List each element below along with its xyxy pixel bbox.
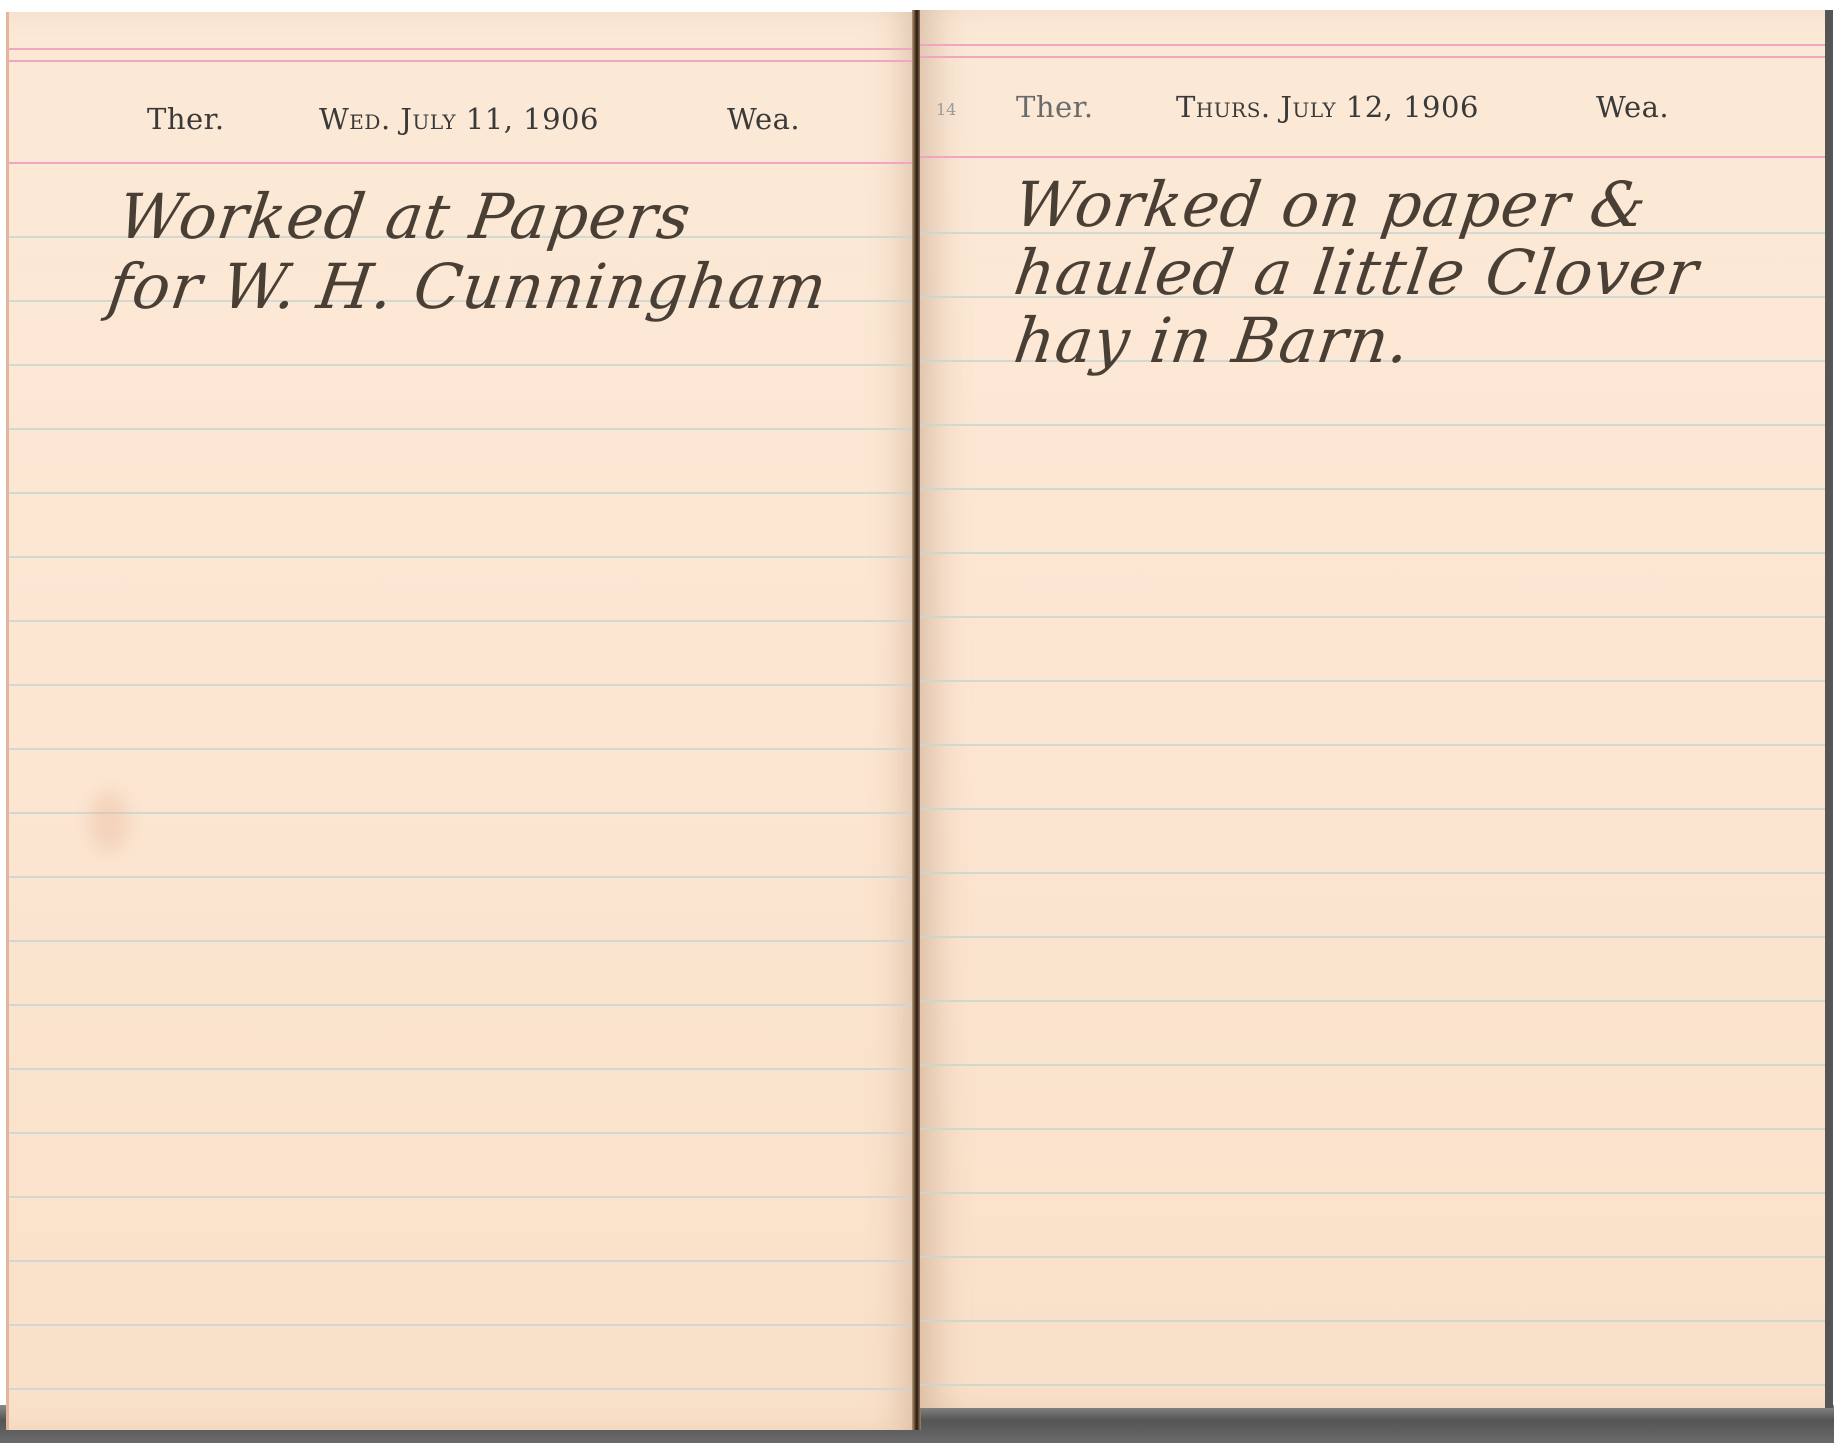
- right-page: 14 Ther. Thurs. July 12, 1906 Wea. Worke…: [920, 10, 1833, 1408]
- ruled-line: [920, 1256, 1825, 1258]
- ruled-line: [920, 808, 1825, 810]
- ruled-line: [920, 1320, 1825, 1322]
- ruled-line: [9, 1196, 919, 1198]
- ruled-line: [9, 1260, 919, 1262]
- ther-label: Ther.: [147, 102, 225, 136]
- ruled-line: [920, 424, 1825, 426]
- ther-label: Ther.: [1016, 90, 1094, 124]
- ruled-line: [9, 748, 919, 750]
- date-day: Wed.: [319, 102, 391, 136]
- ruled-line: [9, 1004, 919, 1006]
- ruled-line: [920, 552, 1825, 554]
- date-heading: Wed. July 11, 1906: [319, 102, 599, 136]
- ruled-line: [9, 1388, 919, 1390]
- header-pink-rule-top: [9, 48, 919, 50]
- ruled-line: [920, 744, 1825, 746]
- ruled-line: [920, 1064, 1825, 1066]
- ruled-line: [920, 872, 1825, 874]
- date-text: July 11, 1906: [400, 102, 599, 136]
- date-text: July 12, 1906: [1280, 90, 1479, 124]
- date-day: Thurs.: [1176, 90, 1271, 124]
- entry-line-1: Worked on paper &: [1010, 170, 1652, 240]
- ruled-line: [920, 1384, 1825, 1386]
- ruled-line: [9, 556, 919, 558]
- wea-label: Wea.: [727, 102, 800, 136]
- ruled-line: [920, 616, 1825, 618]
- header-pink-rule-top-2: [920, 56, 1825, 58]
- ruled-line: [9, 684, 919, 686]
- ruled-line: [9, 876, 919, 878]
- header-pink-rule-top-2: [9, 60, 919, 62]
- ruled-line: [920, 936, 1825, 938]
- ruled-line: [920, 1192, 1825, 1194]
- ruled-line: [9, 940, 919, 942]
- page-number: 14: [936, 100, 956, 119]
- ruled-line: [920, 1128, 1825, 1130]
- header-pink-rule-top: [920, 44, 1825, 46]
- ruled-line: [920, 680, 1825, 682]
- header-pink-rule-bottom: [9, 162, 919, 164]
- ruled-line: [9, 1324, 919, 1326]
- ruled-line: [9, 428, 919, 430]
- entry-line-2: for W. H. Cunningham: [104, 252, 832, 322]
- ruled-line: [9, 364, 919, 366]
- ruled-line: [920, 1000, 1825, 1002]
- entry-line-1: Worked at Papers: [114, 182, 695, 252]
- ruled-line: [920, 488, 1825, 490]
- paper-stain: [89, 792, 129, 852]
- ruled-line: [9, 1132, 919, 1134]
- left-page: Ther. Wed. July 11, 1906 Wea. Worked at …: [6, 12, 919, 1430]
- header-pink-rule-bottom: [920, 156, 1825, 158]
- ruled-line: [9, 620, 919, 622]
- ruled-line: [9, 492, 919, 494]
- ruled-line: [9, 812, 919, 814]
- wea-label: Wea.: [1596, 90, 1669, 124]
- ruled-line: [9, 1068, 919, 1070]
- entry-line-3: hay in Barn.: [1010, 306, 1415, 376]
- date-heading: Thurs. July 12, 1906: [1176, 90, 1479, 124]
- entry-line-2: hauled a little Clover: [1010, 238, 1703, 308]
